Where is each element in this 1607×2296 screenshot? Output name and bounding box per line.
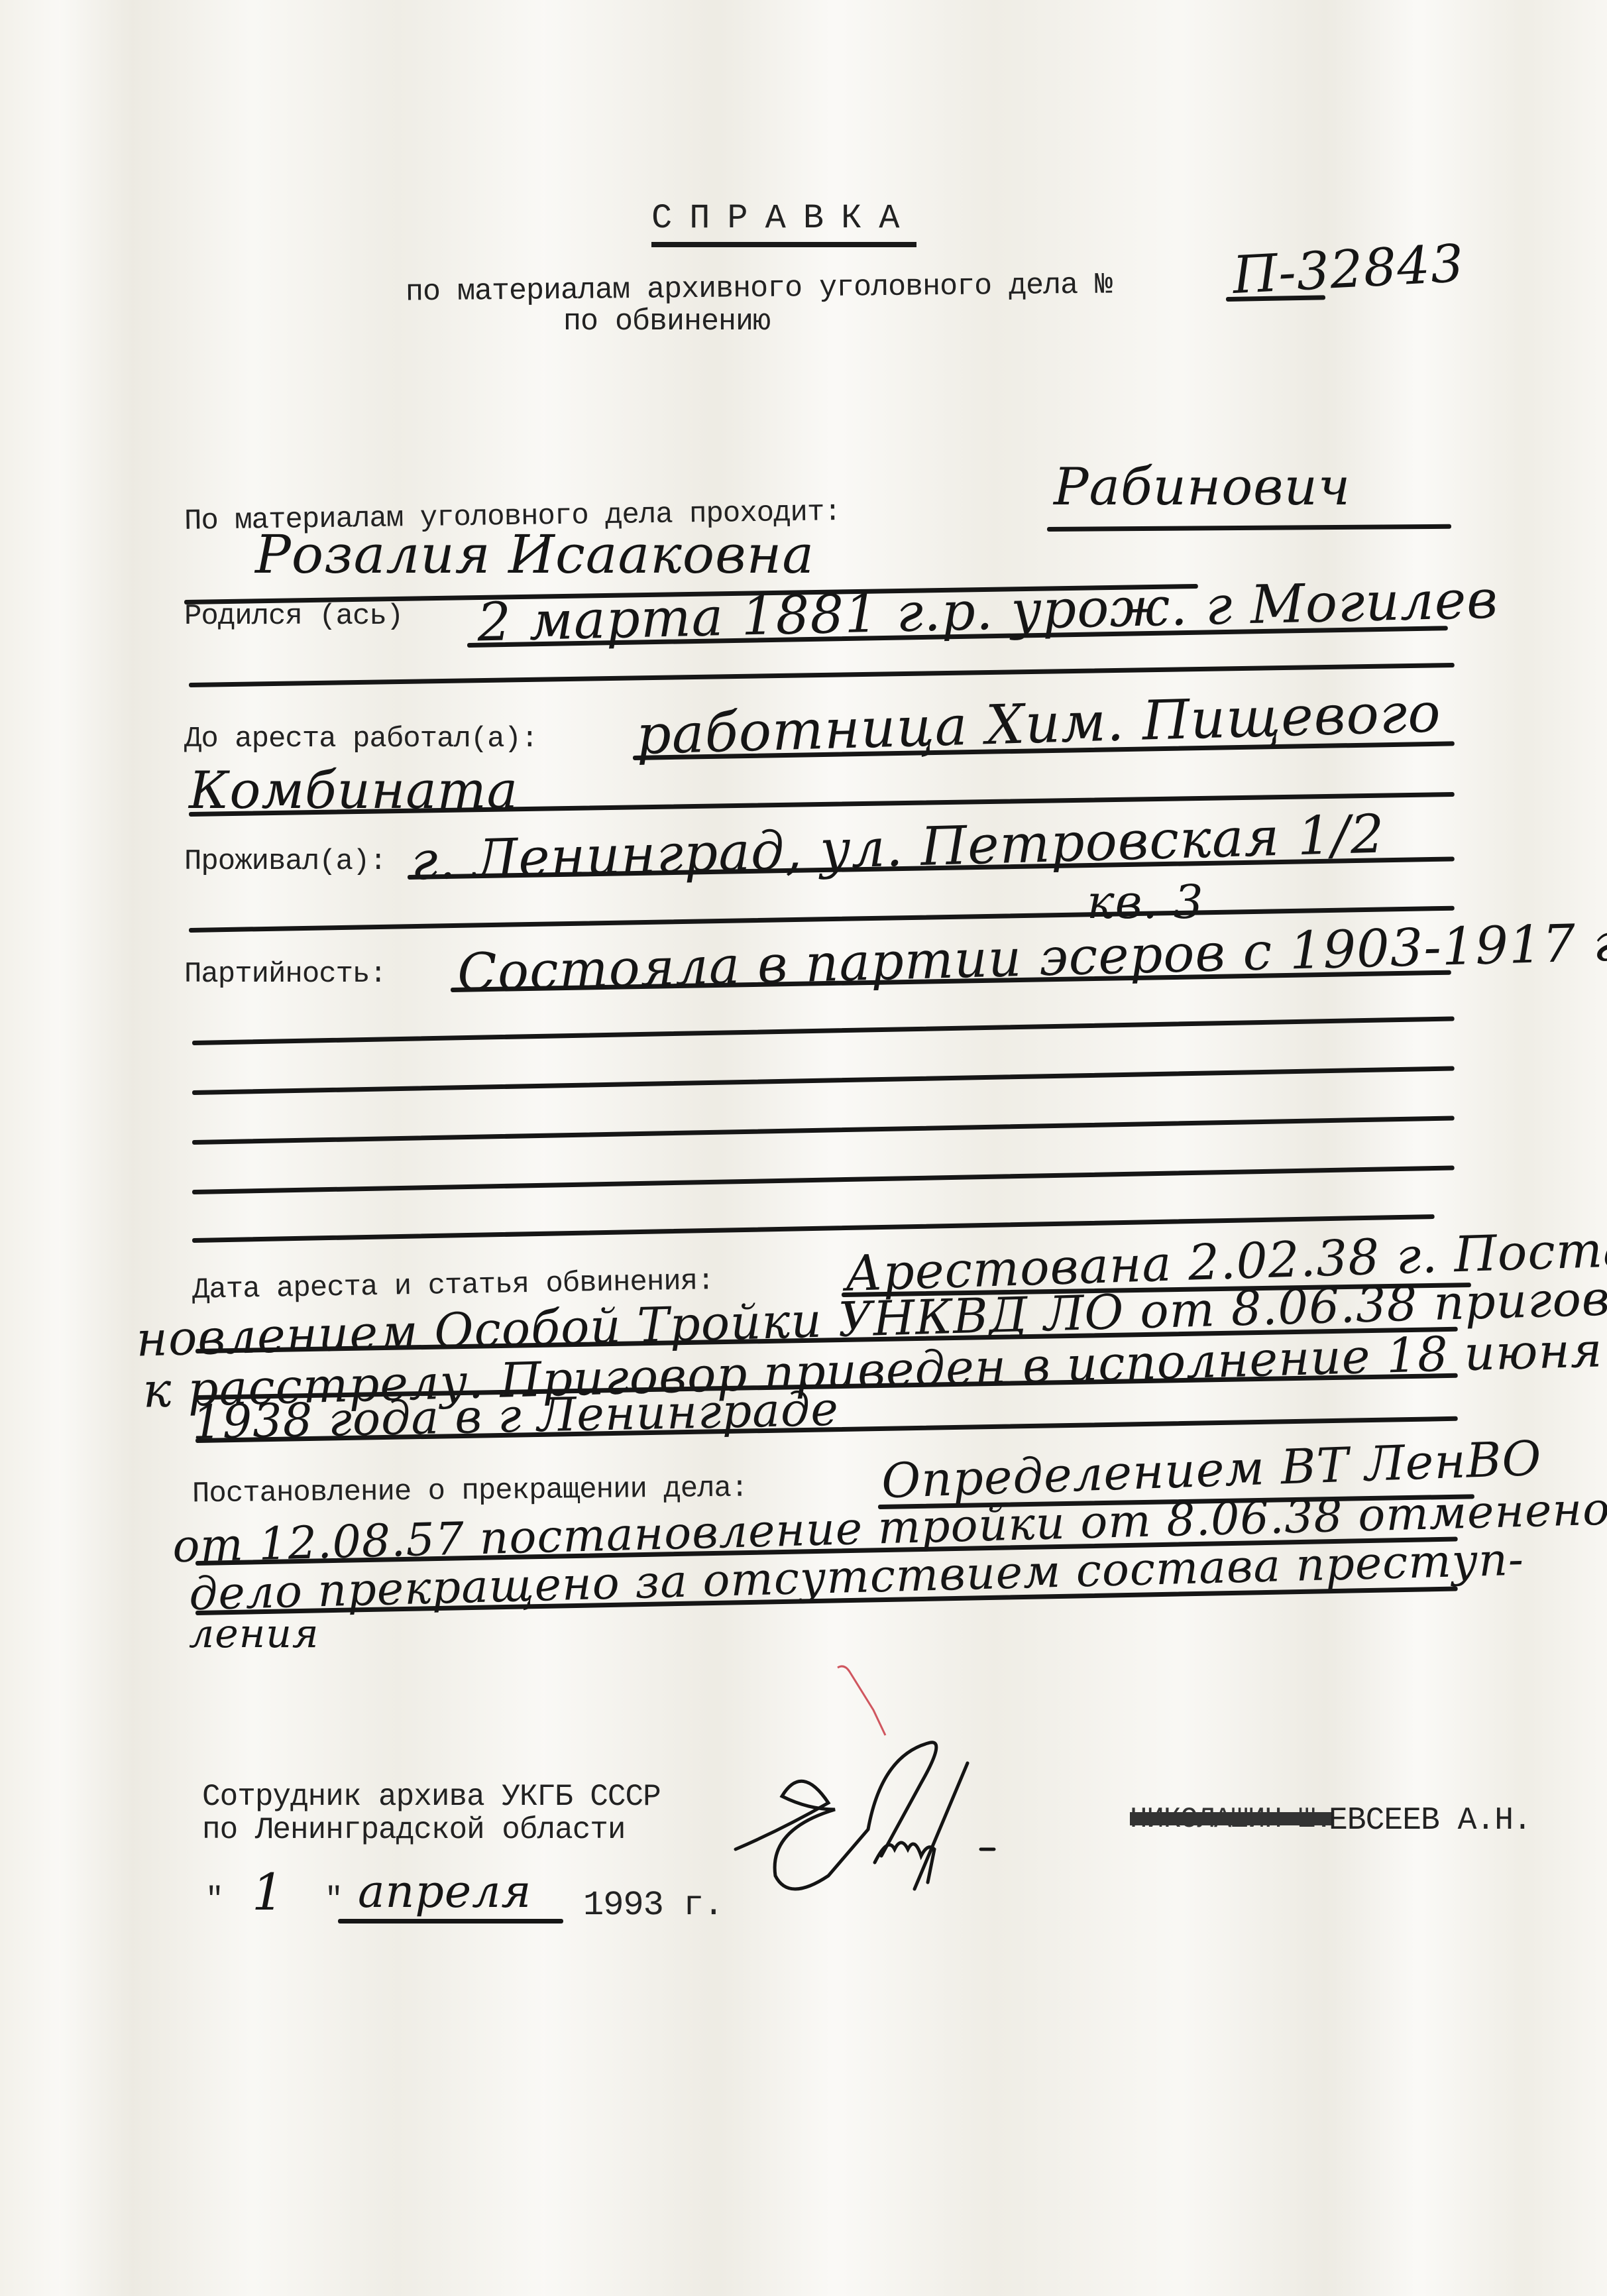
footer-employee-line1: Сотрудник архива УКГБ СССР xyxy=(202,1780,661,1814)
label-residence: Проживал(а): xyxy=(184,845,386,878)
subject-given-names: Розалия Исааковна xyxy=(255,524,814,585)
struck-name: НИКОЛАШИН Ш. xyxy=(1130,1803,1332,1836)
residence-value-line2: кв. 3 xyxy=(1087,875,1204,929)
label-party: Партийность: xyxy=(184,958,386,991)
date-month-underline xyxy=(338,1919,563,1923)
subject-surname-line xyxy=(1047,524,1451,532)
subject-surname: Рабинович xyxy=(1054,457,1351,517)
date-day: 1 xyxy=(252,1863,284,1922)
date-quote-close: " xyxy=(325,1882,343,1917)
label-born: Родился (ась) xyxy=(184,600,403,633)
termination-value-line4: ления xyxy=(189,1611,319,1657)
label-termination: Постановление о прекращении дела: xyxy=(192,1472,748,1511)
signatory-name: ЕВСЕЕВ А.Н. xyxy=(1329,1803,1531,1839)
date-quote-open: " xyxy=(205,1882,223,1917)
blank-line-2 xyxy=(192,1066,1455,1095)
party-value: Состояла в партии эсеров с 1903-1917 г. xyxy=(457,913,1607,1004)
blank-line-3 xyxy=(192,1116,1455,1145)
footer-employee-line2: по Ленинградской области xyxy=(202,1813,626,1847)
date-year: 1993 г. xyxy=(583,1886,723,1925)
born-line-2 xyxy=(189,663,1455,687)
residence-value-line1: г. Ленинград, ул. Петровская 1/2 xyxy=(410,803,1386,891)
subtitle-case-reference: по материалам архивного уголовного дела … xyxy=(406,268,1113,309)
case-number: П-32843 xyxy=(1231,234,1466,306)
document-title: СПРАВКА xyxy=(651,199,916,247)
subtitle-charge: по обвинению xyxy=(563,305,770,339)
date-month: апреля xyxy=(358,1866,531,1918)
signature xyxy=(729,1723,1021,1909)
blank-line-1 xyxy=(192,1016,1455,1045)
label-worked: До ареста работал(а): xyxy=(184,722,538,756)
blank-line-4 xyxy=(192,1165,1455,1194)
